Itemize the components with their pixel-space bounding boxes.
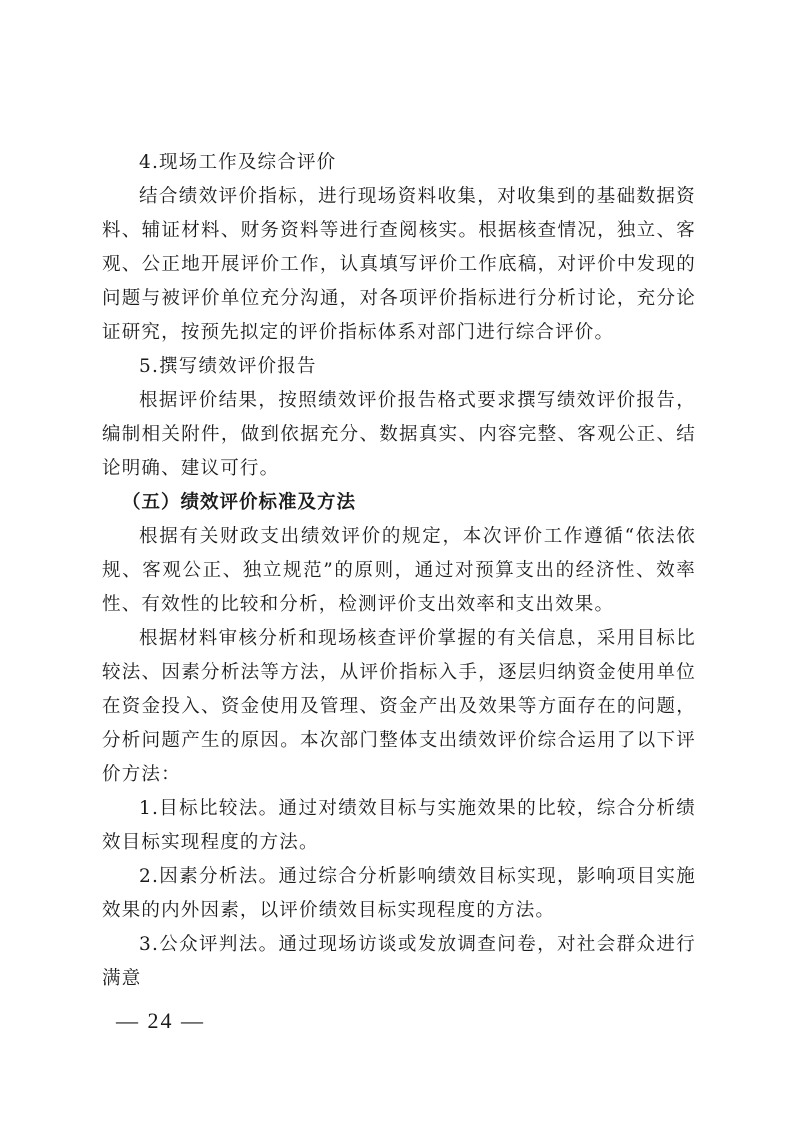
paragraph-principles: 根据有关财政支出绩效评价的规定，本次评价工作遵循“依法依规、客观公正、独立规范”… [102,520,696,622]
document-body: 4.现场工作及综合评价 结合绩效评价指标，进行现场资料收集，对收集到的基础数据资… [102,146,696,996]
paragraph-site-work: 结合绩效评价指标，进行现场资料收集，对收集到的基础数据资料、辅证材料、财务资料等… [102,180,696,350]
paragraph-method-target-comparison: 1.目标比较法。通过对绩效目标与实施效果的比较，综合分析绩效目标实现程度的方法。 [102,792,696,860]
section-heading-standards-methods: （五）绩效评价标准及方法 [102,486,696,520]
paragraph-method-factor-analysis: 2.因素分析法。通过综合分析影响绩效目标实现，影响项目实施效果的内外因素，以评价… [102,860,696,928]
paragraph-method-public-judgment: 3.公众评判法。通过现场访谈或发放调查问卷，对社会群众进行满意 [102,928,696,996]
paragraph-methods-overview: 根据材料审核分析和现场核查评价掌握的有关信息，采用目标比较法、因素分析法等方法，… [102,622,696,792]
subheading-write-report: 5.撰写绩效评价报告 [102,350,696,384]
paragraph-write-report: 根据评价结果，按照绩效评价报告格式要求撰写绩效评价报告，编制相关附件，做到依据充… [102,384,696,486]
subheading-site-work: 4.现场工作及综合评价 [102,146,696,180]
page-number: — 24 — [116,1008,205,1034]
